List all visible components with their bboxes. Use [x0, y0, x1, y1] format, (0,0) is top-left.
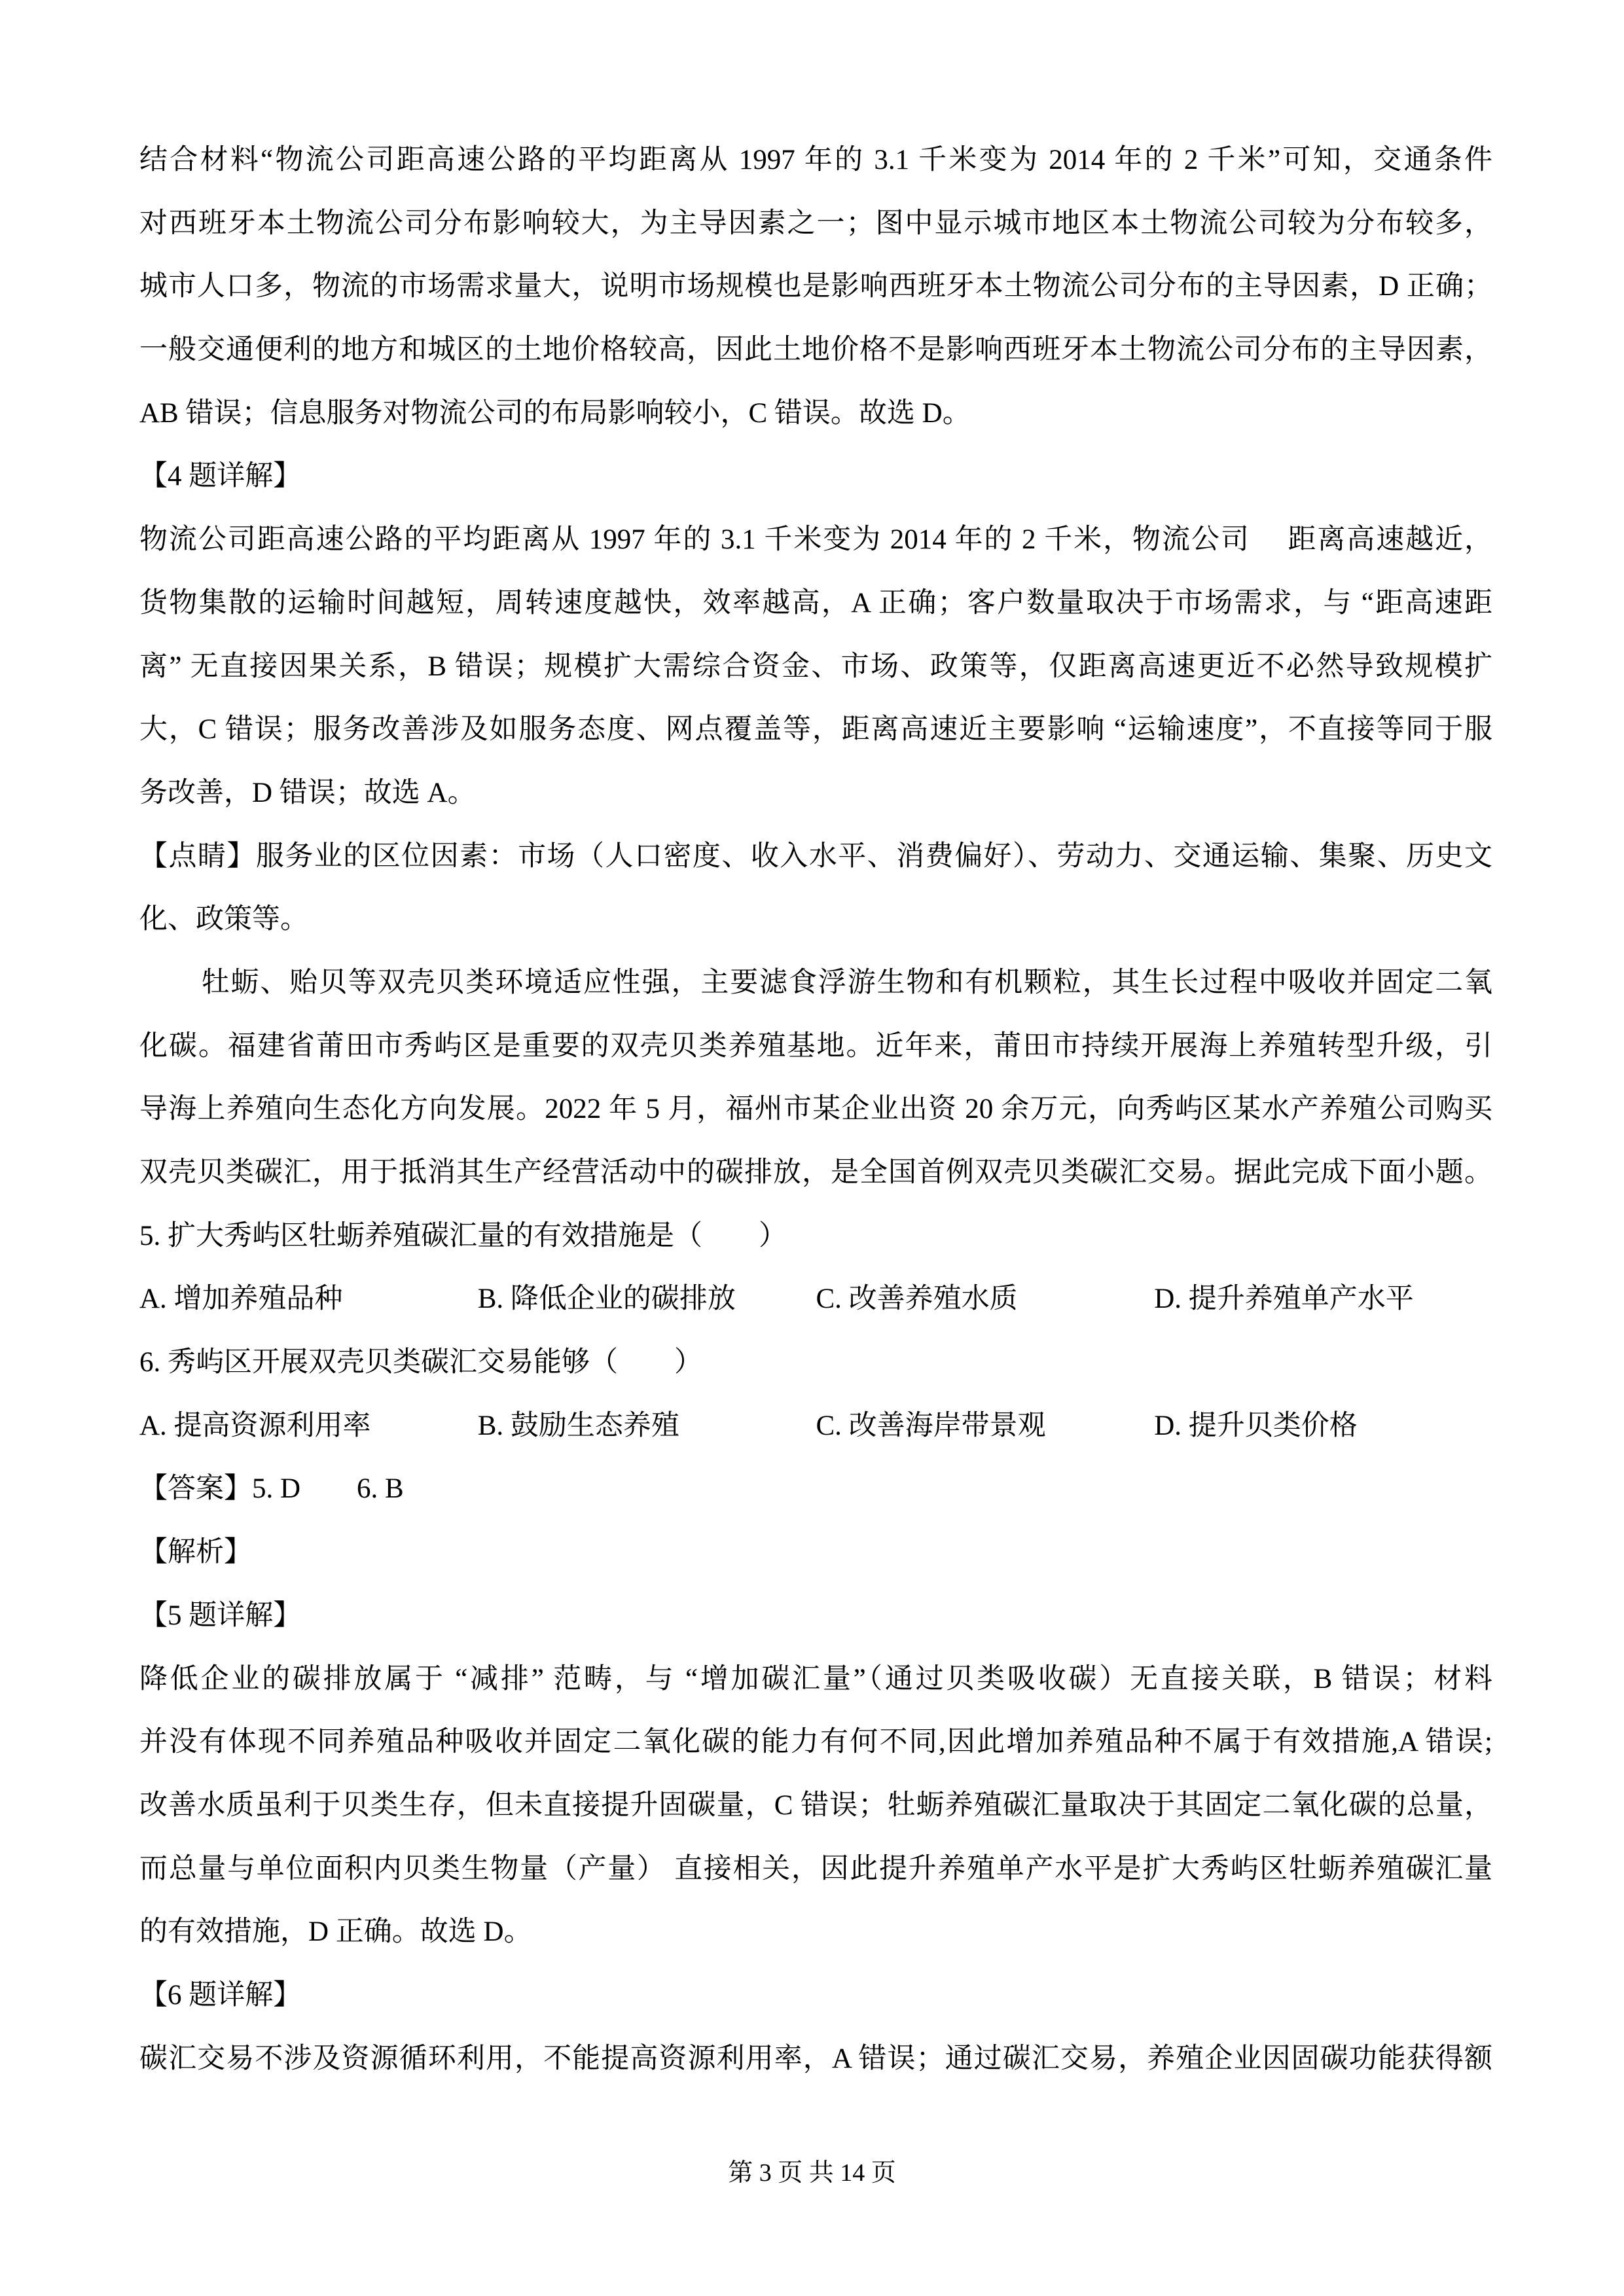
q5-detail-line: 并没有体现不同养殖品种吸收并固定二氧化碳的能力有何不同,因此增加养殖品种不属于有… [139, 1711, 1492, 1774]
question5-option-d: D. 提升养殖单产水平 [1154, 1268, 1492, 1331]
tip-line: 【点睛】服务业的区位因素：市场（人口密度、收入水平、消费偏好）、劳动力、交通运输… [139, 825, 1492, 889]
q3-explanation-line: 结合材料“物流公司距高速公路的平均距离从 1997 年的 3.1 千米变为 20… [139, 129, 1492, 192]
question6-stem: 6. 秀屿区开展双壳贝类碳汇交易能够（ ） [139, 1331, 1492, 1395]
q4-detail-line: 务改善，D 错误；故选 A。 [139, 762, 1492, 825]
passage-line: 牡蛎、贻贝等双壳贝类环境适应性强，主要滤食浮游生物和有机颗粒，其生长过程中吸收并… [139, 952, 1492, 1015]
q5-detail-line: 改善水质虽利于贝类生存，但未直接提升固碳量，C 错误；牡蛎养殖碳汇量取决于其固定… [139, 1774, 1492, 1838]
document-page: 结合材料“物流公司距高速公路的平均距离从 1997 年的 3.1 千米变为 20… [0, 0, 1624, 2296]
question5-options-row: A. 增加养殖品种 B. 降低企业的碳排放 C. 改善养殖水质 D. 提升养殖单… [139, 1268, 1492, 1331]
q3-explanation-line: AB 错误；信息服务对物流公司的布局影响较小，C 错误。故选 D。 [139, 382, 1492, 446]
q5-detail-heading: 【5 题详解】 [139, 1585, 1492, 1648]
q4-detail-line: 大，C 错误；服务改善涉及如服务态度、网点覆盖等，距离高速近主要影响 “运输速度… [139, 698, 1492, 762]
q4-detail-line: 离” 无直接因果关系，B 错误；规模扩大需综合资金、市场、政策等，仅距离高速更近… [139, 636, 1492, 699]
q4-detail-line: 物流公司距高速公路的平均距离从 1997 年的 3.1 千米变为 2014 年的… [139, 509, 1492, 572]
q5-detail-line: 的有效措施，D 正确。故选 D。 [139, 1901, 1492, 1964]
passage-line: 双壳贝类碳汇，用于抵消其生产经营活动中的碳排放，是全国首例双壳贝类碳汇交易。据此… [139, 1141, 1492, 1205]
q4-detail-line: 货物集散的运输时间越短，周转速度越快，效率越高，A 正确；客户数量取决于市场需求… [139, 572, 1492, 636]
question5-option-a: A. 增加养殖品种 [139, 1268, 478, 1331]
page-footer: 第 3 页 共 14 页 [0, 2142, 1624, 2204]
question6-option-b: B. 鼓励生态养殖 [478, 1395, 816, 1458]
q5-detail-line: 而总量与单位面积内贝类生物量（产量） 直接相关，因此提升养殖单产水平是扩大秀屿区… [139, 1838, 1492, 1901]
q3-explanation-line: 一般交通便利的地方和城区的土地价格较高，因此土地价格不是影响西班牙本土物流公司分… [139, 319, 1492, 382]
answer-label: 【答案】 [139, 1473, 252, 1504]
q6-detail-line: 碳汇交易不涉及资源循环利用，不能提高资源利用率，A 错误；通过碳汇交易，养殖企业… [139, 2028, 1492, 2091]
passage-line: 化碳。福建省莆田市秀屿区是重要的双壳贝类养殖基地。近年来，莆田市持续开展海上养殖… [139, 1015, 1492, 1079]
question5-stem: 5. 扩大秀屿区牡蛎养殖碳汇量的有效措施是（ ） [139, 1205, 1492, 1268]
answer-line: 【答案】5. D 6. B [139, 1458, 1492, 1521]
q4-detail-heading: 【4 题详解】 [139, 445, 1492, 509]
question6-option-c: C. 改善海岸带景观 [816, 1395, 1155, 1458]
page-content: 结合材料“物流公司距高速公路的平均距离从 1997 年的 3.1 千米变为 20… [139, 129, 1492, 2090]
question5-option-b: B. 降低企业的碳排放 [478, 1268, 816, 1331]
question5-option-c: C. 改善养殖水质 [816, 1268, 1155, 1331]
question6-option-a: A. 提高资源利用率 [139, 1395, 478, 1458]
answer-value: 5. D 6. B [252, 1473, 404, 1504]
q6-detail-heading: 【6 题详解】 [139, 1964, 1492, 2028]
passage-line: 导海上养殖向生态化方向发展。2022 年 5 月，福州市某企业出资 20 余万元… [139, 1078, 1492, 1141]
question6-options-row: A. 提高资源利用率 B. 鼓励生态养殖 C. 改善海岸带景观 D. 提升贝类价… [139, 1395, 1492, 1458]
analysis-heading: 【解析】 [139, 1521, 1492, 1585]
q5-detail-line: 降低企业的碳排放属于 “减排” 范畴，与 “增加碳汇量”（通过贝类吸收碳）无直接… [139, 1648, 1492, 1712]
q3-explanation-line: 对西班牙本土物流公司分布影响较大，为主导因素之一；图中显示城市地区本土物流公司较… [139, 192, 1492, 256]
question6-option-d: D. 提升贝类价格 [1154, 1395, 1492, 1458]
q3-explanation-line: 城市人口多，物流的市场需求量大，说明市场规模也是影响西班牙本土物流公司分布的主导… [139, 255, 1492, 319]
tip-line: 化、政策等。 [139, 888, 1492, 952]
